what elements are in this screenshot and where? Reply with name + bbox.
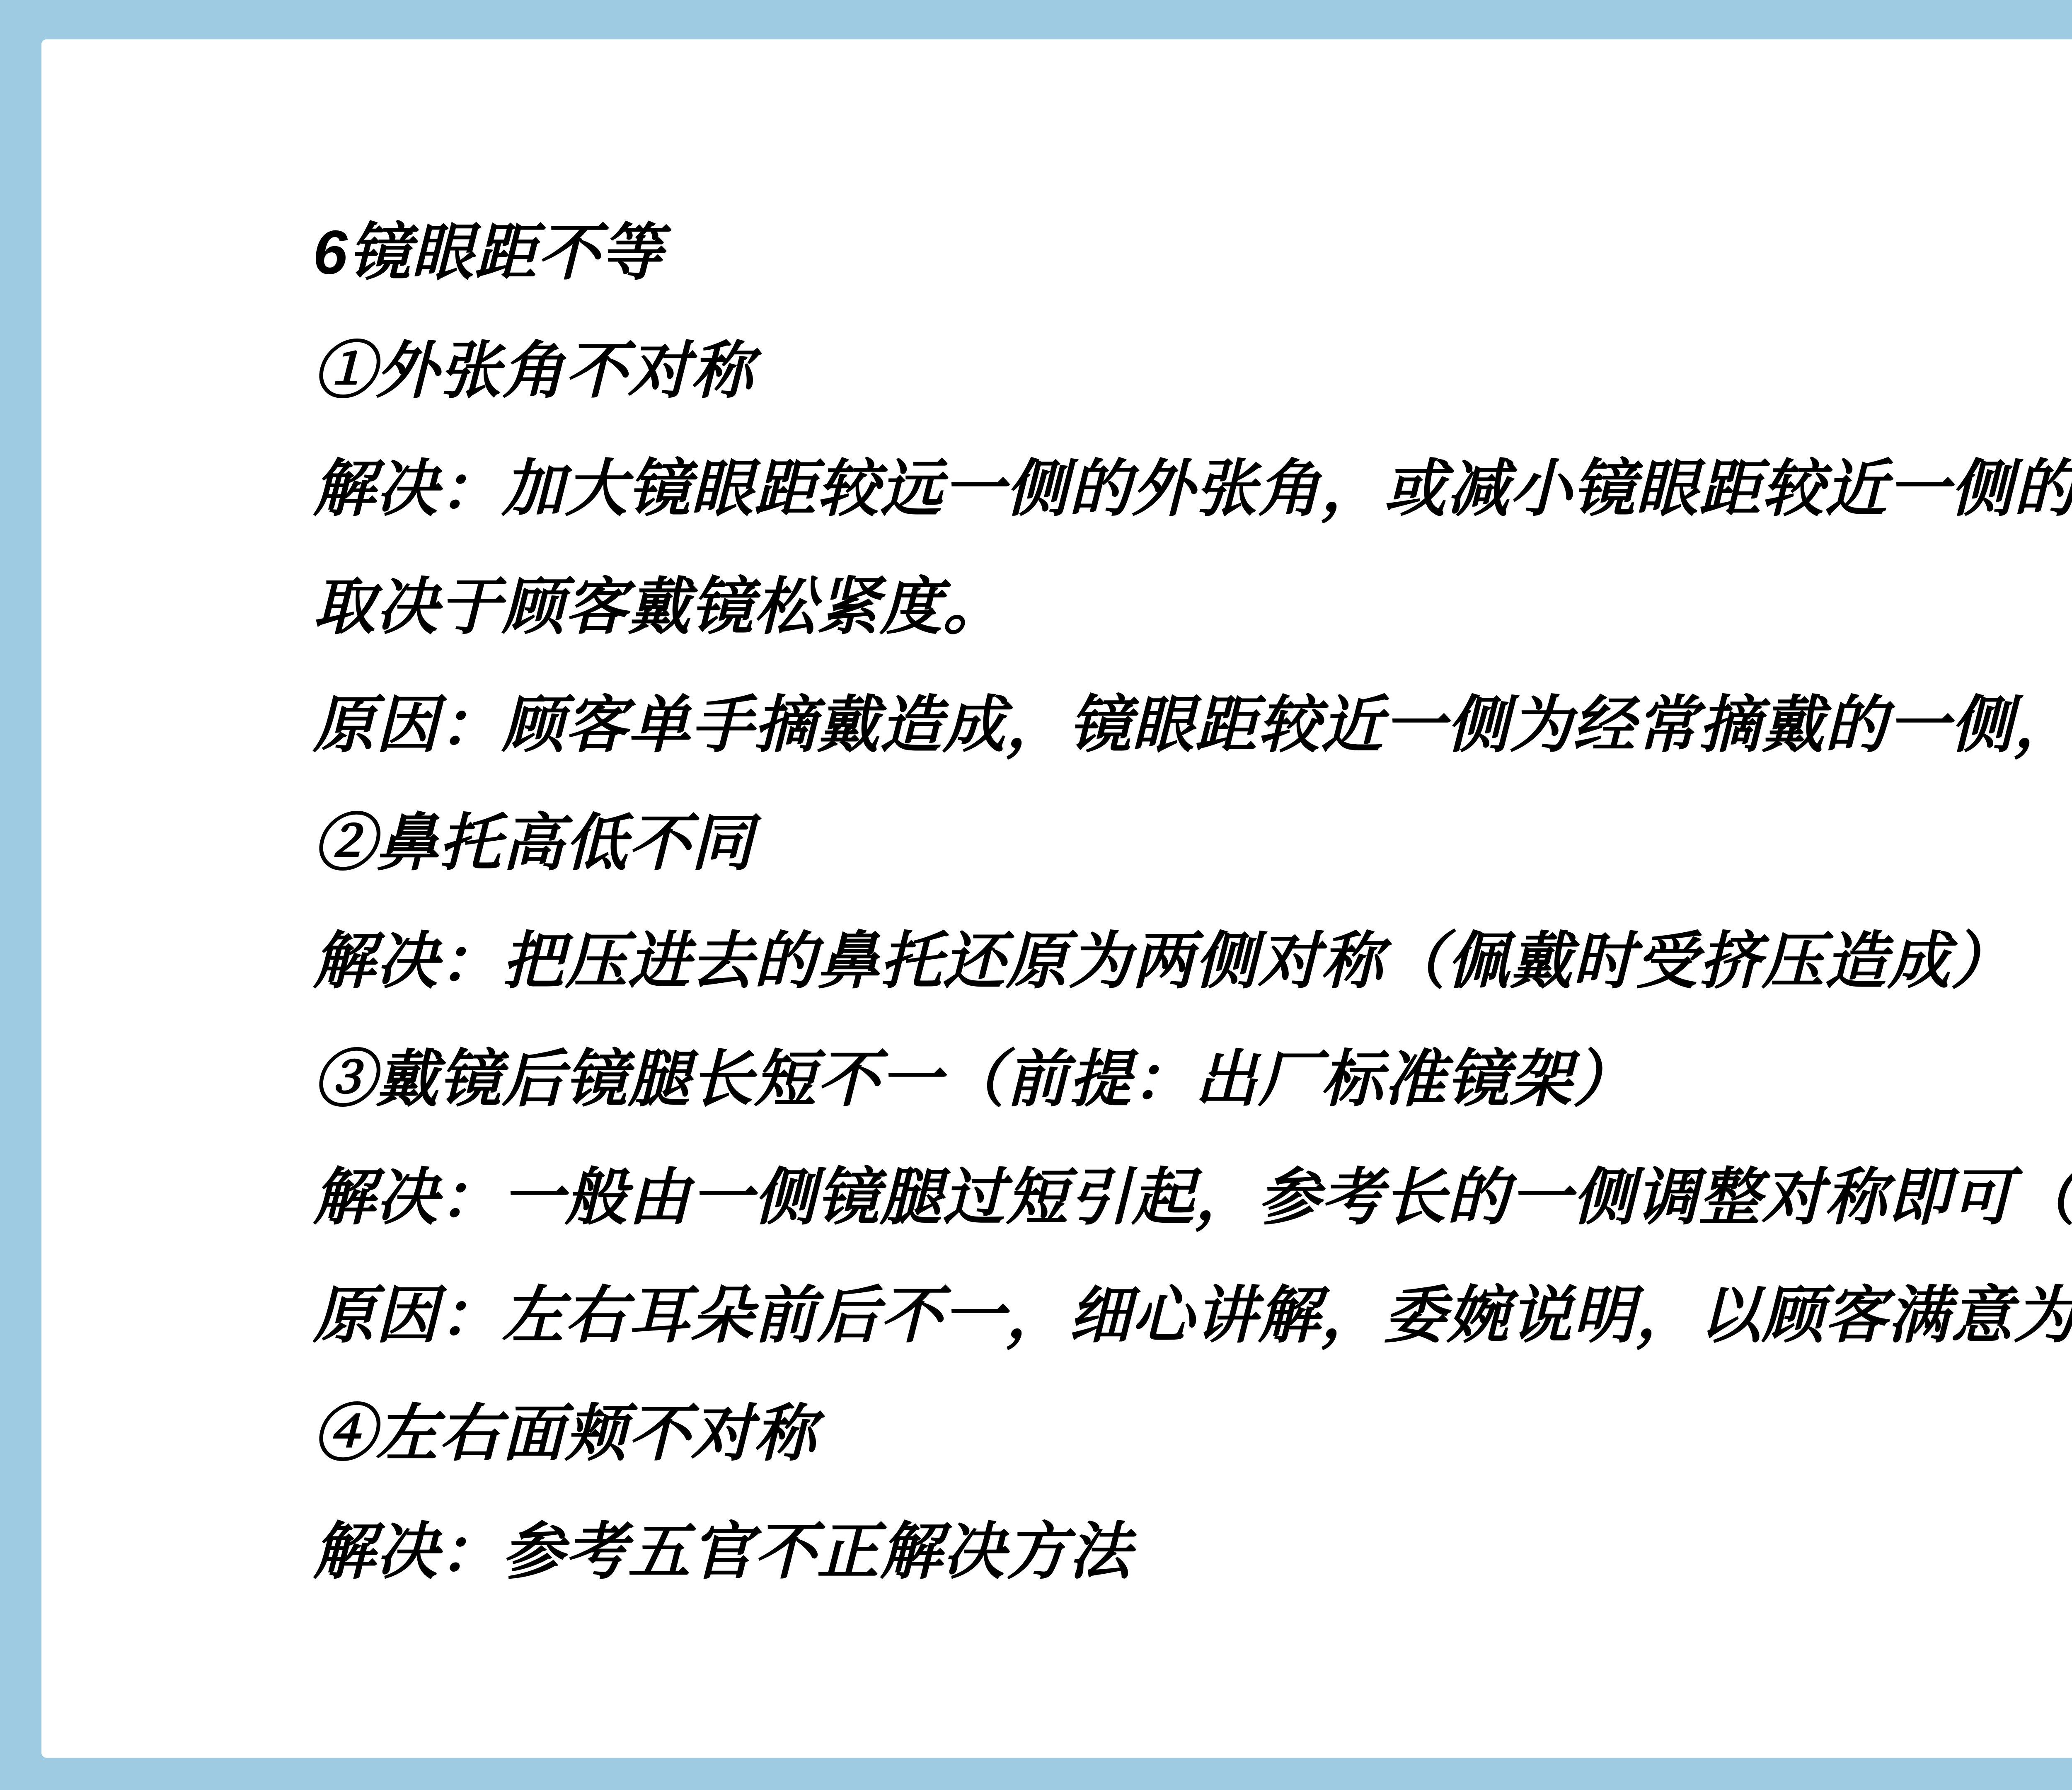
issue-3-cause: 原因：左右耳朵前后不一，细心讲解，委婉说明，以顾客满意为宗旨 [313, 1256, 2072, 1374]
issue-4-solution: 解决：参考五官不正解决方法 [313, 1492, 2072, 1611]
issue-2-heading: ②鼻托高低不同 [313, 784, 2072, 902]
issue-3-solution: 解决：一般由一侧镜腿过短引起，参考长的一侧调整对称即可（配戴时数据） [313, 1138, 2072, 1256]
slide-frame: 6镜眼距不等 ①外张角不对称 解决：加大镜眼距较远一侧的外张角，或减小镜眼距较近… [0, 0, 2072, 1790]
section-title: 6镜眼距不等 [313, 194, 2072, 312]
issue-2-solution: 解决：把压进去的鼻托还原为两侧对称（佩戴时受挤压造成） [313, 902, 2072, 1020]
issue-1-cause: 原因：顾客单手摘戴造成，镜眼距较近一侧为经常摘戴的一侧，劝阻顾客更改摘戴习惯。 [313, 666, 2072, 784]
slide-card: 6镜眼距不等 ①外张角不对称 解决：加大镜眼距较远一侧的外张角，或减小镜眼距较近… [41, 39, 2072, 1758]
issue-3-heading: ③戴镜后镜腿长短不一（前提：出厂标准镜架） [313, 1020, 2072, 1138]
issue-1-heading: ①外张角不对称 [313, 312, 2072, 430]
issue-4-heading: ④左右面颊不对称 [313, 1374, 2072, 1492]
slide-text-block: 6镜眼距不等 ①外张角不对称 解决：加大镜眼距较远一侧的外张角，或减小镜眼距较近… [313, 194, 2072, 1611]
issue-1-solution-line-1: 解决：加大镜眼距较远一侧的外张角，或减小镜眼距较近一侧的外张角，具体调整哪测 [313, 430, 2072, 548]
issue-1-solution-line-2: 取决于顾客戴镜松紧度。 [313, 548, 2072, 666]
